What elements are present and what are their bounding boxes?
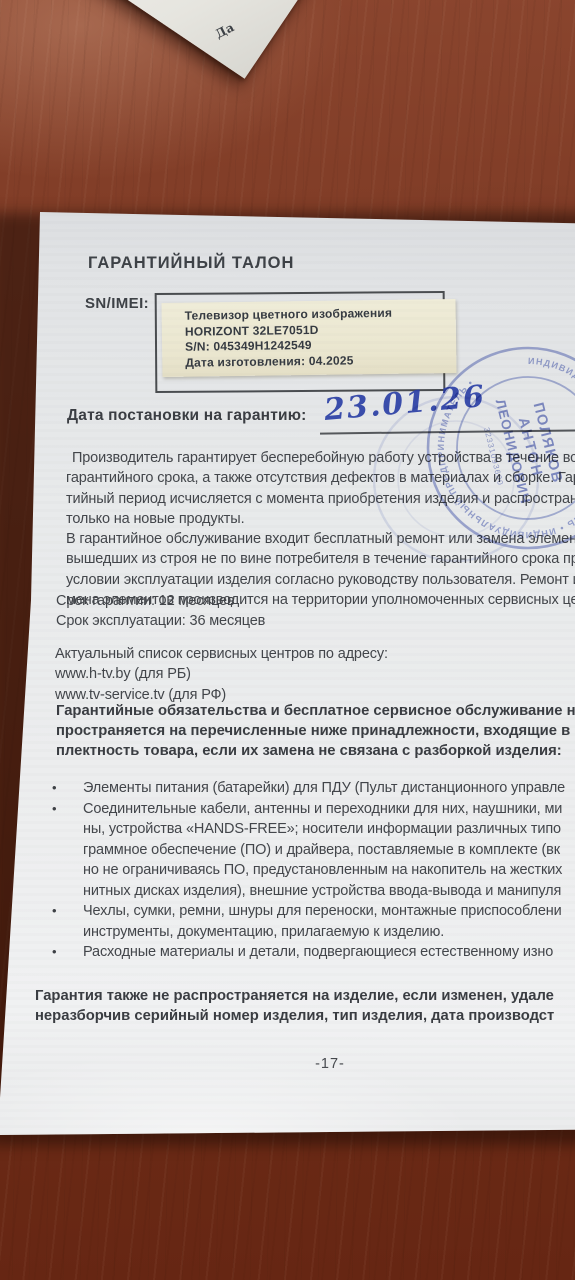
exclusions-line: Гарантийные обязательства и бесплатное с… [56, 702, 575, 722]
bullet-dot: • [47, 942, 83, 963]
sticker-product-type: Телевизор цветного изображения [185, 305, 456, 324]
exclusions-bullet-list: • Элементы питания (батарейки) для ПДУ (… [47, 778, 565, 963]
bullet-line: Элементы питания (батарейки) для ПДУ (Пу… [83, 780, 565, 796]
bullet-line: нитных дисках изделия), внешние устройст… [83, 881, 562, 902]
bullet-dot: • [47, 901, 83, 942]
bullet-item-cases: • Чехлы, сумки, ремни, шнуры для перенос… [47, 901, 565, 942]
bullet-dot: • [47, 799, 83, 902]
serial-void-warning: Гарантия также не распространяется на из… [35, 986, 554, 1026]
bullet-item-batteries: • Элементы питания (батарейки) для ПДУ (… [47, 778, 565, 799]
bullet-dot: • [47, 778, 83, 799]
warranty-terms-block: Срок гарантии: 12 месяцев Срок эксплуата… [56, 591, 265, 632]
page-title: ГАРАНТИЙНЫЙ ТАЛОН [88, 254, 294, 273]
warranty-start-date-label: Дата постановки на гарантию: [67, 407, 307, 425]
exclusions-heading: Гарантийные обязательства и бесплатное с… [56, 702, 575, 762]
bullet-line: Расходные материалы и детали, подвергающ… [83, 944, 553, 960]
paragraph-line: мена элементов производится на территори… [66, 590, 575, 610]
bullet-item-cables: • Соединительные кабели, антенны и перех… [47, 799, 565, 902]
background-paper-text-fragment: Да [213, 20, 237, 41]
bullet-line: Чехлы, сумки, ремни, шнуры для переноски… [83, 901, 562, 922]
ink-stamp: ИНДИВИДУАЛЬНЫЙ ПРЕДПРИНИМАТЕЛЬ • ИНДИВИД… [368, 333, 575, 573]
bullet-line: инструменты, документацию, прилагаемую к… [83, 922, 562, 943]
bullet-line: граммное обеспечение (ПО) и драйвера, по… [83, 840, 562, 861]
page-number: -17- [0, 1056, 575, 1072]
bullet-line: но не ограничиваясь ПО, предустановленны… [83, 860, 562, 881]
void-warning-line: Гарантия также не распространяется на из… [35, 986, 554, 1006]
service-centers-block: Актуальный список сервисных центров по а… [55, 644, 388, 705]
warranty-period-line: Срок гарантии: 12 месяцев [56, 591, 265, 611]
exclusions-line: пространяется на перечисленные ниже прин… [56, 722, 575, 742]
bullet-item-consumables: • Расходные материалы и детали, подверга… [47, 942, 565, 963]
sn-imei-label: SN/IMEI: [85, 295, 149, 312]
service-url-russia: www.tv-service.tv (для РФ) [55, 685, 388, 705]
void-warning-line: неразборчив серийный номер изделия, тип … [35, 1006, 554, 1026]
bullet-line: Соединительные кабели, антенны и переход… [83, 799, 562, 820]
service-life-line: Срок эксплуатации: 36 месяцев [56, 611, 265, 631]
photo-of-warranty-card: Да ГАРАНТИЙНЫЙ ТАЛОН SN/IMEI: Телевизор … [0, 0, 575, 1280]
bullet-line: ны, устройства «HANDS-FREE»; носители ин… [83, 819, 562, 840]
service-url-belarus: www.h-tv.by (для РБ) [55, 664, 388, 684]
exclusions-line: плектность товара, если их замена не свя… [56, 742, 575, 762]
service-centers-heading: Актуальный список сервисных центров по а… [55, 644, 388, 664]
